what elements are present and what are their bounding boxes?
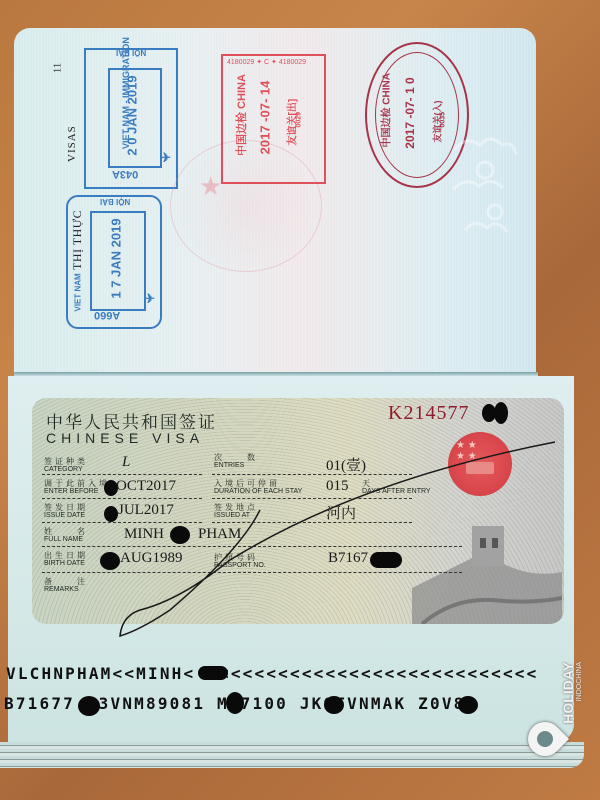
redaction-mark	[100, 552, 120, 570]
remarks-label: 备 注REMARKS	[44, 578, 88, 594]
holiday-indochina-watermark: HOLIDAY INDOCHINA	[522, 662, 582, 762]
page-number: 11	[51, 63, 63, 74]
stamp-authority: VIET NAM	[74, 232, 83, 312]
china-border-stamp-exit: 4180029 ✦ C ✦ 4180029 中国边检 CHINA 2017 -0…	[221, 54, 326, 184]
redaction-mark	[370, 552, 402, 568]
stamp-authority: 中国边检 CHINA	[378, 68, 393, 148]
airplane-icon: ✈	[144, 291, 155, 307]
stamp-date: 2 0 JAN 2019	[125, 66, 140, 166]
watermark-brand: HOLIDAY	[560, 662, 576, 724]
vietnam-immigration-stamp-entry: VIET NAM - IMMIGRATION 2 0 JAN 2019 NỘI …	[84, 48, 178, 189]
stamp-date: 1 7 JAN 2019	[109, 209, 124, 309]
vietnam-immigration-stamp-exit: VIET NAM 1 7 JAN 2019 NỘI BÀI A660 ✈	[66, 195, 162, 329]
duration-suffix: 天DAYS AFTER ENTRY	[362, 480, 431, 496]
stamp-code: A660	[94, 309, 120, 321]
birth-date-value: AUG1989	[120, 550, 183, 567]
stamp-header: NỘI BÀI	[100, 197, 130, 206]
visa-title-english: CHINESE VISA	[46, 430, 204, 446]
full-name-last: PHAM	[198, 526, 241, 543]
redaction-mark	[170, 526, 190, 544]
entries-label: 次 数ENTRIES	[214, 454, 258, 470]
cloud-pattern-decoration	[445, 120, 525, 270]
stamp-header: NỘI BÀI	[116, 48, 146, 57]
great-wall-illustration	[412, 508, 562, 624]
visa-number: K214577	[388, 402, 469, 425]
redaction-mark	[104, 506, 118, 522]
chinese-visa-sticker: 中华人民共和国签证 CHINESE VISA K214577 ★ ★★ ★ 签证…	[32, 398, 564, 624]
full-name-first: MINH	[124, 526, 164, 543]
watermark-sub: INDOCHINA	[576, 662, 583, 701]
issue-date-label: 签发日期ISSUE DATE	[44, 504, 88, 520]
stamp-date: 2017 -07- 1 0	[403, 68, 417, 158]
star-icon: ★	[199, 171, 222, 202]
redaction-mark	[78, 696, 100, 716]
stamp-border-code: 4180029 ✦ C ✦ 4180029	[227, 58, 306, 66]
issued-at-label: 签发地点ISSUED AT	[214, 504, 258, 520]
birth-date-label: 出生日期BIRTH DATE	[44, 552, 88, 568]
redaction-mark	[458, 696, 478, 714]
redaction-mark	[226, 692, 244, 714]
duration-label: 入境后可停留DURATION OF EACH STAY	[214, 480, 302, 496]
china-national-emblem: ★ ★★ ★	[448, 432, 512, 496]
stamp-code: 043A	[112, 168, 138, 180]
issue-date-value: JUL2017	[118, 502, 174, 519]
tiananmen-gate-icon	[466, 462, 494, 474]
visas-section-label: VISAS	[66, 125, 78, 162]
passport-no-value: B7167	[328, 550, 368, 567]
enter-before-label: 调于此前入境ENTER BEFORE	[44, 480, 110, 496]
stamp-authority: 中国边检 CHINA	[233, 76, 249, 156]
airplane-icon: ✈	[160, 150, 171, 166]
category-label: 签证种类CATEGORY	[44, 458, 88, 474]
passport-no-label: 护照号码PASSPORT NO.	[214, 554, 266, 570]
redaction-mark	[324, 696, 344, 714]
page-edges	[0, 742, 584, 768]
stamp-date: 2017 -07- 14	[258, 68, 273, 168]
duration-value: 015	[326, 478, 349, 495]
mrz-line-1: VLCHNPHAM<<MINH< <<<<<<<<<<<<<<<<<<<<<<<…	[6, 664, 538, 683]
issued-at-value: 河内	[326, 502, 356, 523]
entries-value: 01(壹)	[326, 454, 366, 475]
star-icon: ★ ★★ ★	[456, 440, 477, 462]
enter-before-value: OCT2017	[116, 478, 176, 495]
redaction-mark	[494, 402, 508, 424]
full-name-label: 姓 名FULL NAME	[44, 528, 88, 544]
category-value: L	[122, 454, 130, 471]
redaction-mark	[198, 666, 228, 680]
stamp-port-code: 0029	[296, 88, 303, 128]
